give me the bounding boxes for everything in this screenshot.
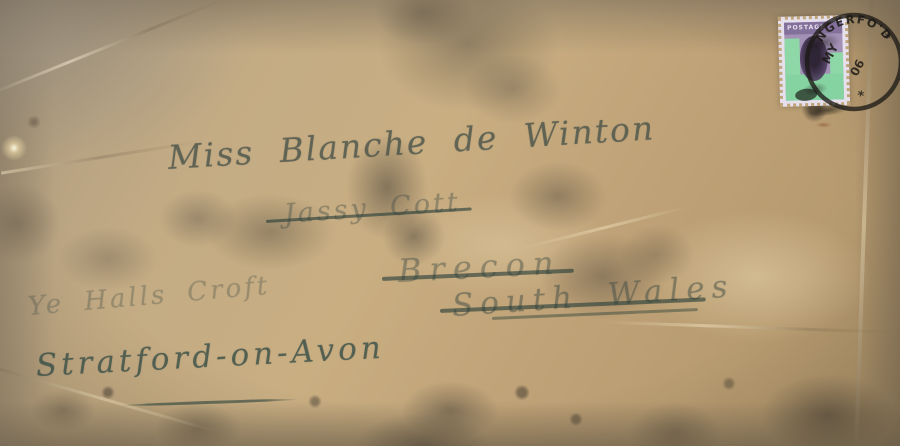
stamp-design: POSTAGE [784,21,844,100]
stratford-underline-flourish [122,398,300,407]
address-line-stratford: Stratford-on-Avon [35,330,386,384]
envelope-photo: Miss Blanche de Winton Jassy Cott Brecon… [0,0,900,446]
crease-right-vertical [854,0,874,446]
postmark-star-2: * [855,89,865,105]
crease-top-left [0,0,231,96]
queen-portrait-oval [799,36,828,82]
stamp-inscription: POSTAGE [787,24,825,32]
postmark-star-1: * [882,31,892,47]
postmark-year-text: 06 [847,57,867,78]
crease-right-horizontal [606,321,900,334]
address-line-cottage-crossed: Jassy Cott [283,187,462,230]
postage-stamp: POSTAGE [778,15,850,107]
address-line-recipient: Miss Blanche de Winton [167,108,656,177]
address-line-halls-croft: Ye Halls Croft [27,271,272,322]
crease-centre-star [522,205,688,249]
